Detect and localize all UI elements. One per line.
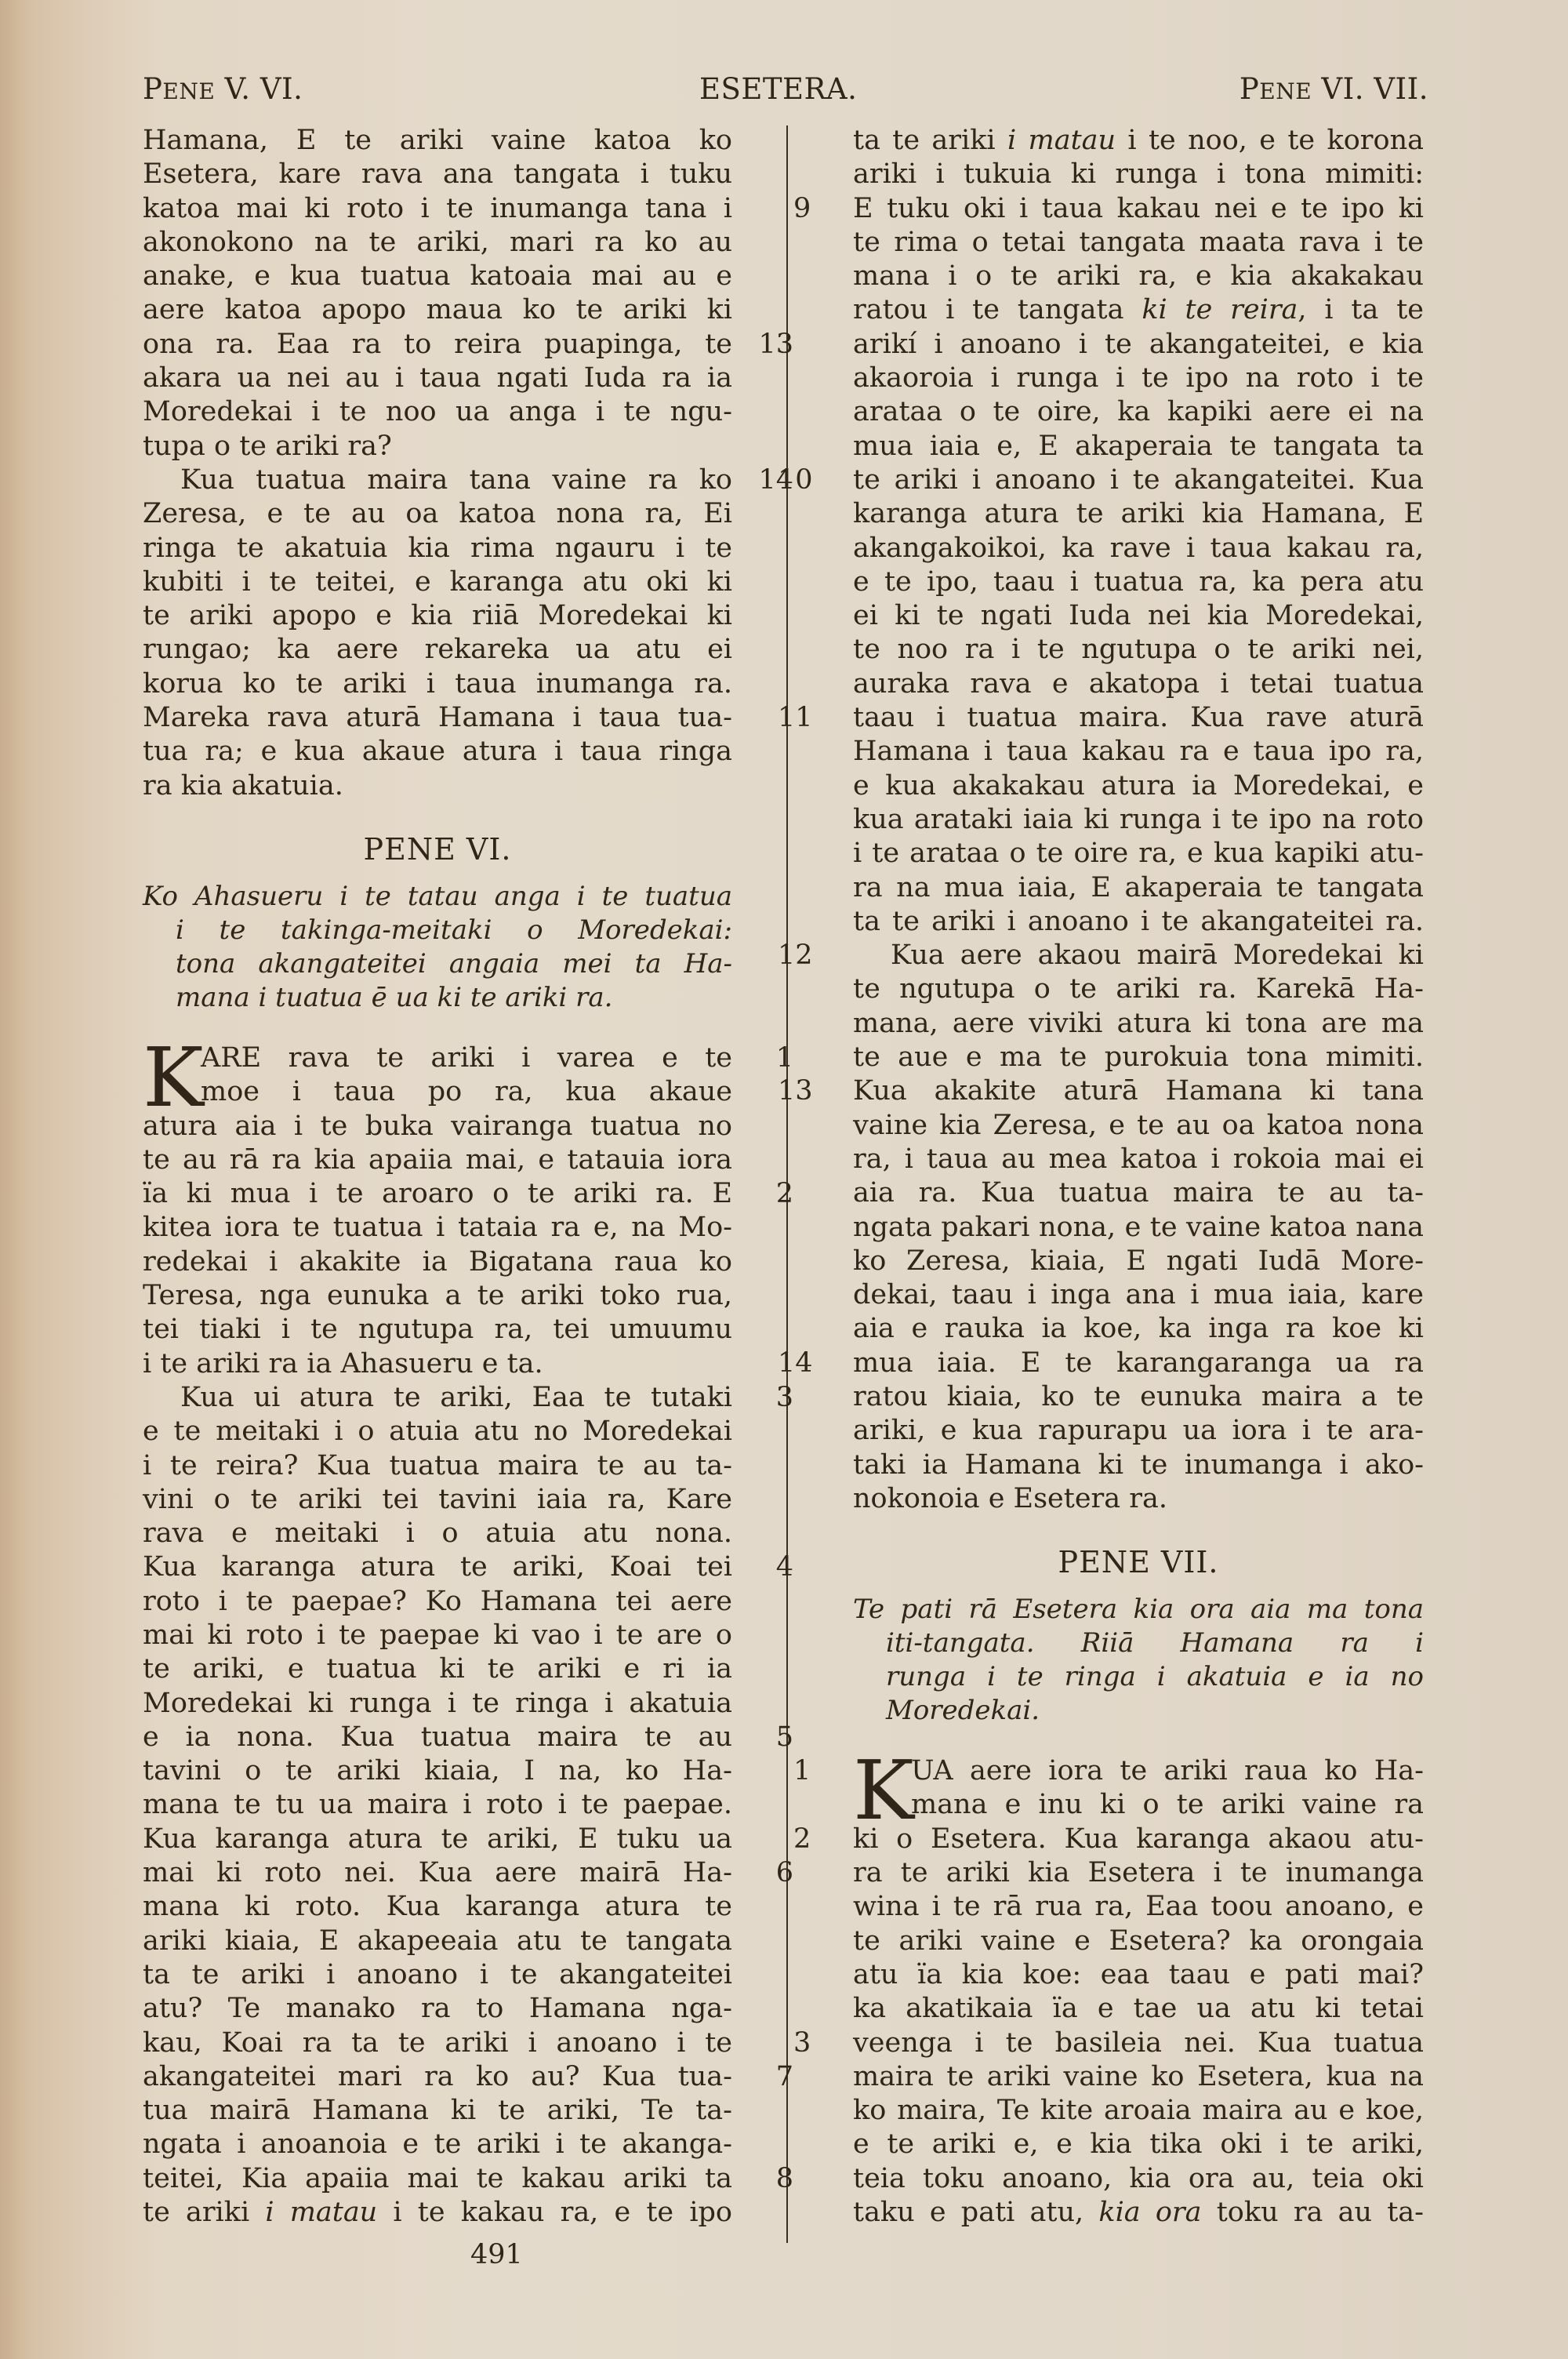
text-line: te noo ra i te ngutupa o te ariki nei, [853, 633, 1424, 667]
text-line: ko maira, Te kite aroaia maira au e koe, [853, 2094, 1424, 2128]
text-line: Hamana i taua kakau ra e taua ipo ra, [853, 735, 1424, 769]
text-line: ra kia akatuia. [143, 769, 732, 803]
text-line: ona ra. Eaa ra to reira puapinga, te13 [143, 328, 732, 362]
italic-text: i matau [1007, 125, 1116, 156]
left-column: Hamana, E te ariki vaine katoa koEsetera… [143, 124, 732, 2230]
verse-number: 7 [776, 2060, 793, 2094]
book-page: PENE V. VI. ESETERA. PENE VI. VII. Haman… [0, 0, 1568, 2359]
text-line: maira te ariki vaine ko Esetera, kua na [853, 2060, 1424, 2094]
summary-line: i te takinga-meitaki o Moredekai: [143, 914, 732, 947]
running-head-left: PENE V. VI. [143, 72, 303, 106]
text-line: te rima o tetai tangata maata rava i te [853, 226, 1424, 260]
text-line: wina i te rā rua ra, Eaa toou anoano, e [853, 1890, 1424, 1924]
text-line: mana i o te ariki ra, e kia akakakau [853, 260, 1424, 293]
text-line: taku e pati atu, kia ora toku ra au ta- [853, 2196, 1424, 2230]
text-line: akara ua nei au i taua ngati Iuda ra ia [143, 362, 732, 395]
text-line: ka akatikaia ïa e tae ua atu ki tetai [853, 1992, 1424, 2026]
verse-number: 6 [776, 1856, 793, 1890]
italic-text: kia ora [1098, 2197, 1201, 2228]
text-line: karanga atura te ariki kia Hamana, E [853, 497, 1424, 531]
page-number: 491 [470, 2239, 523, 2270]
text-line: aere katoa apopo maua ko te ariki ki [143, 293, 732, 327]
verse-number: 11 [778, 701, 813, 735]
text-line: tupa o te ariki ra? [143, 430, 732, 463]
chapter-7-text: ki o Esetera. Kua karanga akaou atu-2ra … [853, 1823, 1424, 2230]
text-line: mana, aere viviki atura ki tona are ma [853, 1007, 1424, 1041]
text-line: e te ipo, taau i tuatua ra, ka pera atu [853, 565, 1424, 599]
chapter-6-continuation: ta te ariki i matau i te noo, e te koron… [853, 124, 1424, 1516]
summary-line: iti-tangata. Riiā Hamana ra i [853, 1627, 1424, 1660]
verse-number: 2 [793, 1823, 811, 1856]
text-line: moe i taua po ra, kua akaue [143, 1075, 732, 1109]
italic-text: ki te reira [1142, 294, 1298, 325]
text-line: roto i te paepae? Ko Hamana tei aere [143, 1585, 732, 1619]
text-line: ariki i tukuia ki runga i tona mimiti: [853, 158, 1424, 191]
verse-number: 1 [793, 1754, 811, 1788]
text-line: korua ko te ariki i taua inumanga ra. [143, 667, 732, 701]
text-line: akonokono na te ariki, mari ra ko au [143, 226, 732, 260]
text-line: ta te ariki i anoano i te akangateitei [143, 1958, 732, 1992]
text-line: Moredekai i te noo ua anga i te ngu- [143, 395, 732, 429]
text-line: E tuku oki i taua kakau nei e te ipo ki9 [853, 192, 1424, 226]
text-line: ariki kiaia, E akapeeaia atu te tangata [143, 1925, 732, 1958]
text-line: rava e meitaki i o atuia atu nona. [143, 1517, 732, 1550]
text-line: ratou i te tangata ki te reira, i ta te [853, 293, 1424, 327]
text-line: teitei, Kia apaiia mai te kakau ariki ta… [143, 2162, 732, 2196]
text-line: veenga i te basileia nei. Kua tuatua3 [853, 2026, 1424, 2060]
text-line: ko Zeresa, kiaia, E ngati Iudā More- [853, 1245, 1424, 1278]
text-line: ariki, e kua rapurapu ua iora i te ara- [853, 1414, 1424, 1448]
verse-number: 1 [776, 1041, 793, 1075]
text-line: e te meitaki i o atuia atu no Moredekai [143, 1415, 732, 1448]
text-line: arataa o te oire, ka kapiki aere ei na [853, 395, 1424, 429]
text-line: tua ra; e kua akaue atura i taua ringa [143, 735, 732, 769]
summary-line: Ko Ahasueru i te tatau anga i te tuatua [143, 880, 732, 914]
text-line: Zeresa, e te au oa katoa nona ra, Ei [143, 497, 732, 531]
text-line: te ariki i matau i te kakau ra, e te ipo [143, 2196, 732, 2230]
text-line: atu ïa kia koe: eaa taau e pati mai? [853, 1958, 1424, 1992]
text-line: mua iaia e, E akaperaia te tangata ta [853, 430, 1424, 463]
verse-number: 3 [776, 1381, 793, 1415]
text-line: mua iaia. E te karangaranga ua ra14 [853, 1347, 1424, 1380]
summary-line: tona akangateitei angaia mei ta Ha- [143, 947, 732, 981]
text-line: Kua akakite aturā Hamana ki tana13 [853, 1074, 1424, 1108]
text-line: ki o Esetera. Kua karanga akaou atu-2 [853, 1823, 1424, 1856]
text-line: UA aere iora te ariki raua ko Ha-1 [853, 1754, 1424, 1788]
text-line: ra, i taua au mea katoa i rokoia mai ei [853, 1143, 1424, 1176]
text-line: vaine kia Zeresa, e te au oa katoa nona [853, 1109, 1424, 1143]
text-line: Kua aere akaou mairā Moredekai ki12 [853, 939, 1424, 972]
verse-number: 12 [778, 939, 813, 972]
text-line: Esetera, kare rava ana tangata i tuku [143, 158, 732, 191]
summary-line: mana i tuatua ē ua ki te ariki ra. [143, 981, 732, 1015]
text-line: e ia nona. Kua tuatua maira te au5 [143, 1721, 732, 1754]
chapter-summary: Te pati rā Esetera kia ora aia ma tonait… [853, 1593, 1424, 1728]
text-line: te ariki i anoano i te akangateitei. Kua… [853, 463, 1424, 497]
text-line: i te reira? Kua tuatua maira te au ta- [143, 1449, 732, 1483]
text-line: i te ariki ra ia Ahasueru e ta. [143, 1347, 732, 1381]
text-line: redekai i akakite ia Bigatana raua ko [143, 1245, 732, 1279]
chapter-5-continuation: Hamana, E te ariki vaine katoa koEsetera… [143, 124, 732, 803]
text-line: Hamana, E te ariki vaine katoa ko [143, 124, 732, 158]
summary-line: Te pati rā Esetera kia ora aia ma tona [853, 1593, 1424, 1627]
chapter-opening: K UA aere iora te ariki raua ko Ha-1mana… [853, 1754, 1424, 1823]
text-line: Kua ui atura te ariki, Eaa te tutaki3 [143, 1381, 732, 1415]
text-line: ei ki te ngati Iuda nei kia Moredekai, [853, 599, 1424, 633]
text-line: ra te ariki kia Esetera i te inumanga [853, 1856, 1424, 1890]
verse-number: 13 [778, 1074, 813, 1108]
text-line: te ngutupa o te ariki ra. Karekā Ha- [853, 972, 1424, 1006]
text-line: e kua akakakau atura ia Moredekai, e [853, 769, 1424, 803]
text-line: auraka rava e akatopa i tetai tuatua [853, 667, 1424, 701]
text-line: ringa te akatuia kia rima ngauru i te [143, 532, 732, 565]
text-line: akangakoikoi, ka rave i taua kakau ra, [853, 532, 1424, 565]
text-line: rungao; ka aere rekareka ua atu ei [143, 633, 732, 667]
book-title: ESETERA. [699, 72, 857, 106]
verse-number: 10 [778, 463, 813, 497]
text-line: taau i tuatua maira. Kua rave aturā11 [853, 701, 1424, 735]
chapter-summary: Ko Ahasueru i te tatau anga i te tuatuai… [143, 880, 732, 1015]
text-line: Kua tuatua maira tana vaine ra ko14 [143, 463, 732, 497]
text-line: te ariki apopo e kia riiā Moredekai ki [143, 599, 732, 633]
verse-number: 14 [778, 1347, 813, 1380]
verse-number: 8 [776, 2162, 793, 2196]
text-line: aia ra. Kua tuatua maira te au ta- [853, 1176, 1424, 1210]
italic-text: i matau [265, 2197, 377, 2228]
verse-number: 5 [776, 1721, 793, 1754]
chapter-heading: PENE VI. [143, 819, 732, 880]
text-line: vini o te ariki tei tavini iaia ra, Kare [143, 1483, 732, 1517]
text-line: ïa ki mua i te aroaro o te ariki ra. E2 [143, 1177, 732, 1211]
text-line: e te ariki e, e kia tika oki i te ariki, [853, 2128, 1424, 2161]
chapter-6-text: atura aia i te buka vairanga tuatua note… [143, 1110, 732, 2230]
text-line: ra na mua iaia, E akaperaia te tangata [853, 871, 1424, 905]
text-line: mana te tu ua maira i roto i te paepae. [143, 1788, 732, 1822]
text-line: te aue e ma te purokuia tona mimiti. [853, 1041, 1424, 1074]
text-line: arikí i anoano i te akangateitei, e kia [853, 328, 1424, 362]
text-line: te au rā ra kia apaiia mai, e tatauia io… [143, 1143, 732, 1177]
chapter-opening: K ARE rava te ariki i varea e te1moe i t… [143, 1041, 732, 1110]
verse-number: 2 [776, 1177, 793, 1211]
text-line: teia toku anoano, kia ora au, teia oki [853, 2162, 1424, 2196]
text-line: kitea iora te tuatua i tataia ra e, na M… [143, 1211, 732, 1245]
text-line: mana ki roto. Kua karanga atura te [143, 1890, 732, 1924]
chapter-heading: PENE VII. [853, 1532, 1424, 1593]
text-line: akaoroia i runga i te ipo na roto i te [853, 362, 1424, 395]
verse-number: 13 [758, 328, 793, 362]
text-line: aia e rauka ia koe, ka inga ra koe ki [853, 1312, 1424, 1346]
text-line: ta te ariki i anoano i te akangateitei r… [853, 905, 1424, 939]
right-column: ta te ariki i matau i te noo, e te koron… [853, 124, 1424, 2230]
text-line: Kua karanga atura te ariki, Koai tei4 [143, 1550, 732, 1584]
text-line: ta te ariki i matau i te noo, e te koron… [853, 124, 1424, 158]
running-head: PENE V. VI. ESETERA. PENE VI. VII. [143, 72, 1428, 119]
text-line: te ariki vaine e Esetera? ka orongaia [853, 1925, 1424, 1958]
text-line: atu? Te manako ra to Hamana nga- [143, 1992, 732, 2026]
text-line: ratou kiaia, ko te eunuka maira a te [853, 1380, 1424, 1414]
text-line: kubiti i te teitei, e karanga atu oki ki [143, 565, 732, 599]
text-line: tavini o te ariki kiaia, I na, ko Ha- [143, 1754, 732, 1788]
verse-number: 9 [793, 192, 811, 226]
verse-number: 3 [793, 2026, 811, 2060]
text-line: akangateitei mari ra ko au? Kua tua-7 [143, 2060, 732, 2094]
text-line: nokonoia e Esetera ra. [853, 1482, 1424, 1516]
text-line: tua mairā Hamana ki te ariki, Te ta- [143, 2094, 732, 2128]
text-line: taki ia Hamana ki te inumanga i ako- [853, 1448, 1424, 1482]
text-line: katoa mai ki roto i te inumanga tana i [143, 192, 732, 226]
text-line: Moredekai ki runga i te ringa i akatuia [143, 1687, 732, 1721]
text-line: Mareka rava aturā Hamana i taua tua- [143, 701, 732, 735]
verse-number: 4 [776, 1550, 793, 1584]
text-line: kau, Koai ra ta te ariki i anoano i te [143, 2026, 732, 2060]
text-line: kua arataki iaia ki runga i te ipo na ro… [853, 803, 1424, 837]
text-line: dekai, taau i inga ana i mua iaia, kare [853, 1278, 1424, 1312]
text-line: ngata i anoanoia e te ariki i te akanga- [143, 2128, 732, 2161]
text-line: tei tiaki i te ngutupa ra, tei umuumu [143, 1313, 732, 1347]
text-line: Kua karanga atura te ariki, E tuku ua [143, 1823, 732, 1856]
text-line: mai ki roto nei. Kua aere mairā Ha-6 [143, 1856, 732, 1890]
summary-line: runga i te ringa i akatuia e ia no [853, 1660, 1424, 1694]
text-line: atura aia i te buka vairanga tuatua no [143, 1110, 732, 1143]
text-line: te ariki, e tuatua ki te ariki e ri ia [143, 1652, 732, 1686]
text-line: Teresa, nga eunuka a te ariki toko rua, [143, 1279, 732, 1313]
text-line: mana e inu ki o te ariki vaine ra [853, 1788, 1424, 1822]
running-head-right: PENE VI. VII. [1240, 72, 1428, 106]
summary-line: Moredekai. [853, 1694, 1424, 1728]
text-line: anake, e kua tuatua katoaia mai au e [143, 260, 732, 293]
text-line: ARE rava te ariki i varea e te1 [143, 1041, 732, 1075]
text-line: ngata pakari nona, e te vaine katoa nana [853, 1211, 1424, 1245]
text-line: mai ki roto i te paepae ki vao i te are … [143, 1619, 732, 1652]
text-line: i te arataa o te oire ra, e kua kapiki a… [853, 837, 1424, 871]
